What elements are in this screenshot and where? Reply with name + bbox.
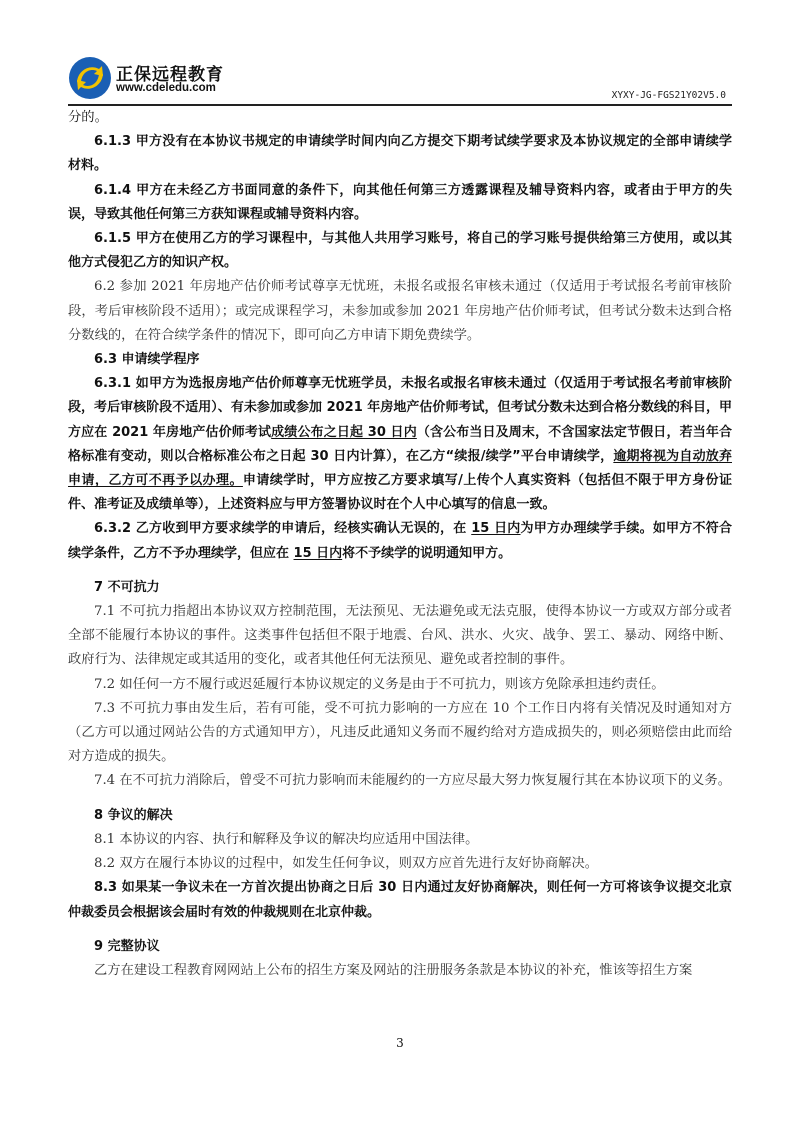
clause-8-1: 8.1 本协议的内容、执行和解释及争议的解决均应适用中国法律。	[68, 828, 732, 852]
section-8-heading: 8 争议的解决	[68, 804, 732, 828]
clause-6-1-5: 6.1.5 甲方在使用乙方的学习课程中，与其他人共用学习账号，将自己的学习账号提…	[68, 227, 732, 275]
clause-7-3: 7.3 不可抗力事由发生后，若有可能，受不可抗力影响的一方应在 10 个工作日内…	[68, 697, 732, 770]
clause-6-3-2: 6.3.2 乙方收到甲方要求续学的申请后，经核实确认无误的，在 15 日内为甲方…	[68, 517, 732, 565]
clause-6-1-3: 6.1.3 甲方没有在本协议书规定的申请续学时间内向乙方提交下期考试续学要求及本…	[68, 130, 732, 178]
document-code: XYXY-JG-FGS21Y02V5.0	[612, 90, 726, 101]
carryover-text: 分的。	[68, 106, 732, 130]
page-header: 正保远程教育 www.cdeledu.com XYXY-JG-FGS21Y02V…	[68, 56, 732, 102]
clause-8-3: 8.3 如果某一争议未在一方首次提出协商之日后 30 日内通过友好协商解决，则任…	[68, 876, 732, 924]
company-logo-icon	[68, 56, 112, 100]
clause-9: 乙方在建设工程教育网网站上公布的招生方案及网站的注册服务条款是本协议的补充，惟该…	[68, 959, 732, 983]
clause-6-3-1: 6.3.1 如甲方为选报房地产估价师尊享无忧班学员，未报名或报名审核未通过（仅适…	[68, 372, 732, 517]
clause-6-2: 6.2 参加 2021 年房地产估价师考试尊享无忧班，未报名或报名审核未通过（仅…	[68, 275, 732, 348]
clause-6-1-4: 6.1.4 甲方在未经乙方书面同意的条件下，向其他任何第三方透露课程及辅导资料内…	[68, 179, 732, 227]
clause-8-2: 8.2 双方在履行本协议的过程中，如发生任何争议，则双方应首先进行友好协商解决。	[68, 852, 732, 876]
section-9-heading: 9 完整协议	[68, 935, 732, 959]
clause-7-1: 7.1 不可抗力指超出本协议双方控制范围，无法预见、无法避免或无法克服，使得本协…	[68, 600, 732, 673]
brand-url: www.cdeledu.com	[116, 82, 216, 94]
clause-7-4: 7.4 在不可抗力消除后，曾受不可抗力影响而未能履约的一方应尽最大努力恢复履行其…	[68, 769, 732, 793]
document-body: 分的。 6.1.3 甲方没有在本协议书规定的申请续学时间内向乙方提交下期考试续学…	[68, 106, 732, 983]
page-number: 3	[0, 1036, 800, 1050]
section-6-3-heading: 6.3 申请续学程序	[68, 348, 732, 372]
section-7-heading: 7 不可抗力	[68, 576, 732, 600]
clause-7-2: 7.2 如任何一方不履行或迟延履行本协议规定的义务是由于不可抗力，则该方免除承担…	[68, 673, 732, 697]
